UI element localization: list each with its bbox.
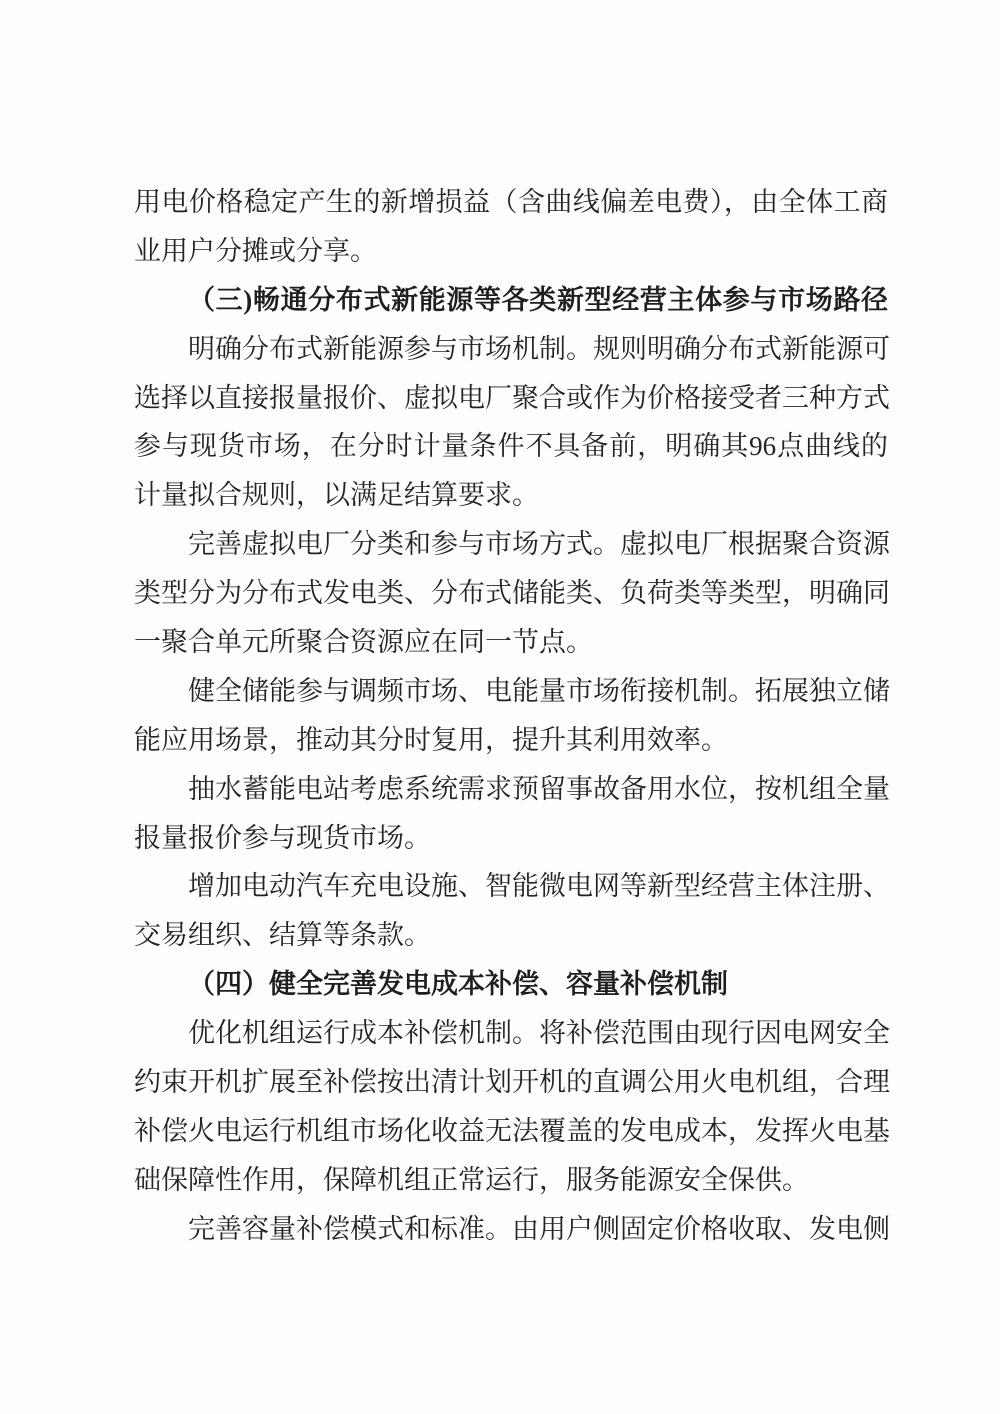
section-heading-4: （四）健全完善发电成本补偿、容量补偿机制	[134, 960, 888, 1009]
text-line: 优化机组运行成本补偿机制。将补偿范围由现行因电网安全	[134, 1009, 888, 1058]
text-line: 抽水蓄能电站考虑系统需求预留事故备用水位，按机组全量	[134, 765, 888, 814]
text-line: 计量拟合规则，以满足结算要求。	[134, 471, 888, 520]
text-line: 完善虚拟电厂分类和参与市场方式。虚拟电厂根据聚合资源	[134, 520, 888, 569]
document-text-block: 用电价格稳定产生的新增损益（含曲线偏差电费），由全体工商 业用户分摊或分享。 （…	[134, 178, 888, 1254]
text-line: 交易组织、结算等条款。	[134, 911, 888, 960]
text-line: 类型分为分布式发电类、分布式储能类、负荷类等类型，明确同	[134, 569, 888, 618]
text-line: 参与现货市场，在分时计量条件不具备前，明确其96点曲线的	[134, 422, 888, 471]
text-line: 健全储能参与调频市场、电能量市场衔接机制。拓展独立储	[134, 667, 888, 716]
text-line: 用电价格稳定产生的新增损益（含曲线偏差电费），由全体工商	[134, 178, 888, 227]
text-line: 明确分布式新能源参与市场机制。规则明确分布式新能源可	[134, 325, 888, 374]
text-line: 业用户分摊或分享。	[134, 227, 888, 276]
text-line: 选择以直接报量报价、虚拟电厂聚合或作为价格接受者三种方式	[134, 374, 888, 423]
text-line: 一聚合单元所聚合资源应在同一节点。	[134, 618, 888, 667]
text-line: 约束开机扩展至补偿按出清计划开机的直调公用火电机组，合理	[134, 1058, 888, 1107]
text-line: 增加电动汽车充电设施、智能微电网等新型经营主体注册、	[134, 862, 888, 911]
text-line: 础保障性作用，保障机组正常运行，服务能源安全保供。	[134, 1156, 888, 1205]
text-line: 能应用场景，推动其分时复用，提升其利用效率。	[134, 716, 888, 765]
section-heading-3: （三)畅通分布式新能源等各类新型经营主体参与市场路径	[134, 276, 888, 325]
text-line: 完善容量补偿模式和标准。由用户侧固定价格收取、发电侧	[134, 1205, 888, 1254]
document-page: 用电价格稳定产生的新增损益（含曲线偏差电费），由全体工商 业用户分摊或分享。 （…	[0, 0, 1000, 1414]
text-line: 报量报价参与现货市场。	[134, 814, 888, 863]
text-line: 补偿火电运行机组市场化收益无法覆盖的发电成本，发挥火电基	[134, 1107, 888, 1156]
